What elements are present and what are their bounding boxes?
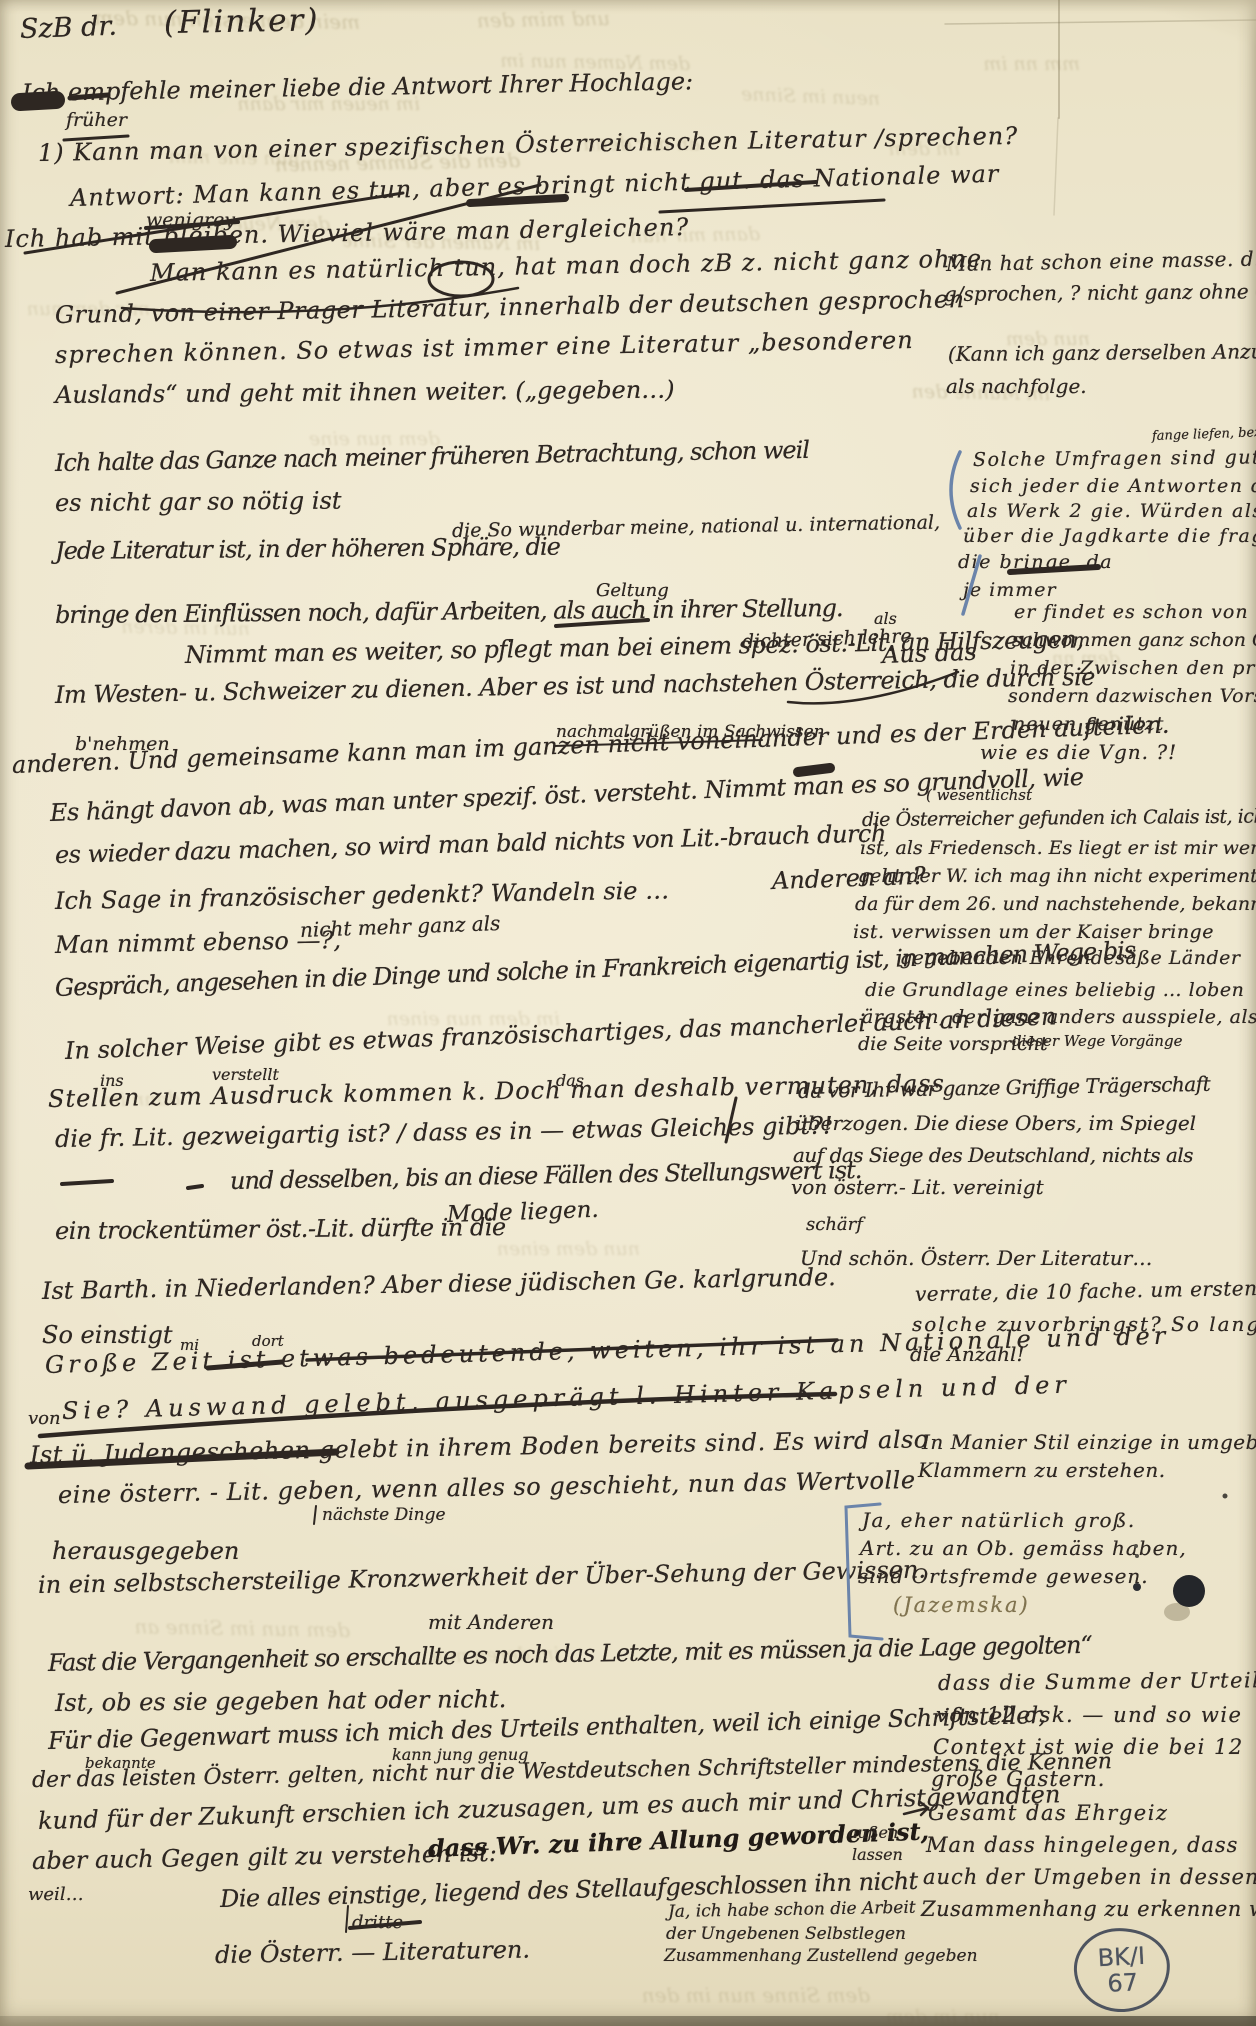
blue-editor-bracket [951,452,960,528]
ink-stroke [1010,567,1098,572]
ink-stroke [556,620,648,626]
blue-editor-bracket [846,1504,882,1639]
archive-stamp-code: BK/I [1097,1942,1146,1971]
ink-stroke [470,198,565,203]
ink-flourish [40,1394,835,1436]
blue-editor-mark [963,556,980,614]
ink-stroke [188,1186,202,1188]
page-corner-fold [1136,0,1256,46]
ink-stroke [686,182,816,190]
ink-stroke [64,136,128,140]
ink-strokes-layer [0,0,1256,2026]
ink-stroke [554,740,762,746]
ink-speck [1134,1544,1138,1548]
ink-speck [1135,1554,1139,1558]
ink-stroke [208,1362,282,1368]
ink-stroke [798,768,830,772]
ink-flourish [788,672,958,703]
ink-stroke [920,1802,928,1808]
archive-stamp-number: 67 [1107,1969,1139,1997]
ink-stroke [346,1906,348,1932]
ink-stroke [70,95,108,98]
ink-stroke [28,1452,336,1466]
ink-stroke [156,242,230,246]
punch-hole-dot [1173,1575,1205,1607]
ink-stroke [20,100,56,102]
ink-stroke [660,200,884,212]
ink-speck [1223,1494,1228,1499]
ink-stroke [1054,118,1058,215]
ink-circle-mark [429,262,493,296]
ink-stroke [350,1922,420,1928]
ink-stroke [62,1181,112,1184]
ink-stroke [314,1506,316,1524]
ink-flourish [307,1340,837,1360]
manuscript-page: mein dem ersten nun demund mim dendem Na… [0,0,1256,2026]
ink-flourish [122,288,518,312]
scan-edge-shadow [0,2016,1256,2026]
ink-stroke [726,1098,736,1142]
ink-speck [1133,1583,1141,1591]
